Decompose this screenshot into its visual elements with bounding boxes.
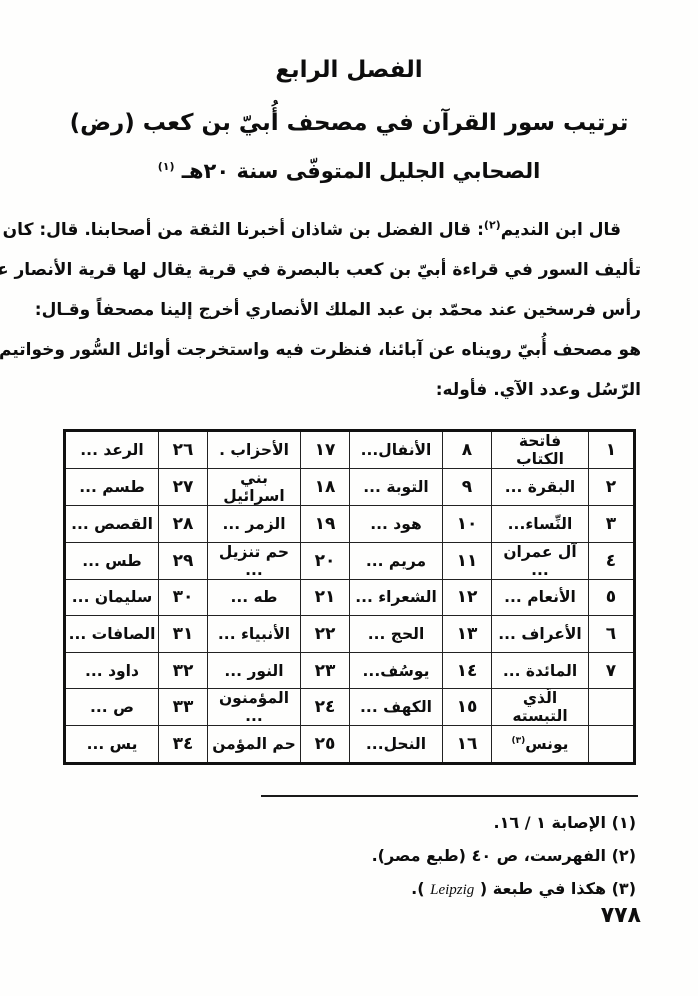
paragraph-line-1: قال ابن النديم(٢): قال الفضل بن شاذان أخ… [56, 210, 641, 250]
order-number-cell: ٣١ [159, 616, 208, 653]
table-row: ٥الأنعام ...١٢الشعراء ...٢١طه ...٣٠سليما… [65, 579, 635, 616]
surah-name-cell: القصص ... [65, 506, 159, 543]
table-row: ٤آل عمران ...١١مريم ...٢٠حم تنزيل ...٢٩ط… [65, 542, 635, 579]
order-number-cell: ١١ [443, 542, 492, 579]
order-number-cell: ٣٢ [159, 652, 208, 689]
surah-name-cell: المائدة ... [492, 652, 589, 689]
line1-text-pre: قال ابن النديم [501, 220, 621, 240]
table-row: ٢البقرة ...٩التوبة ...١٨بني اسرائيل٢٧طسم… [65, 469, 635, 506]
surah-name-cell: يوسُف... [350, 652, 443, 689]
surah-name-cell: ص ... [65, 689, 159, 726]
surah-name-cell: الأنعام ... [492, 579, 589, 616]
chapter-subtitle: ترتيب سور القرآن في مصحف أُبيّ بن كعب (ر… [0, 106, 698, 140]
footnote-line: (٣) هكذا في طبعة ( Leipzig ). [0, 872, 636, 907]
footnote-line: (٢) الفهرست، ص ٤٠ (طبع مصر). [0, 839, 636, 872]
order-number-cell: ٣٣ [159, 689, 208, 726]
surah-order-table: ١فاتحة الكتاب٨الأنفال...١٧الأحزاب .٢٦الر… [63, 429, 636, 765]
table-row: ١فاتحة الكتاب٨الأنفال...١٧الأحزاب .٢٦الر… [65, 431, 635, 469]
surah-name-cell: هود ... [350, 506, 443, 543]
surah-name-cell: الزمر ... [208, 506, 301, 543]
footnote-latin-word: Leipzig [430, 882, 474, 898]
surah-name-cell: المؤمنون ... [208, 689, 301, 726]
order-number-cell: ٤ [589, 542, 635, 579]
chapter-header: الفصل الرابع ترتيب سور القرآن في مصحف أُ… [0, 0, 698, 186]
surah-name-cell: سليمان ... [65, 579, 159, 616]
surah-name-cell: الشعراء ... [350, 579, 443, 616]
surah-name-cell: الأنبياء ... [208, 616, 301, 653]
footnote-line: (١) الإصابة ١ / ١٦. [0, 806, 636, 839]
surah-name-cell: التوبة ... [350, 469, 443, 506]
order-number-cell: ٢١ [301, 579, 350, 616]
chapter-title: الفصل الرابع [0, 54, 698, 86]
surah-name-cell: الأحزاب . [208, 431, 301, 469]
order-number-cell [589, 689, 635, 726]
order-number-cell: ٢٧ [159, 469, 208, 506]
order-number-cell: ٢٤ [301, 689, 350, 726]
table-row: يونس(٣)١٦النحل...٢٥حم المؤمن٣٤يس ... [65, 726, 635, 764]
surah-name-cell: البقرة ... [492, 469, 589, 506]
footnotes-block: (١) الإصابة ١ / ١٦.(٢) الفهرست، ص ٤٠ (طب… [0, 806, 636, 907]
order-number-cell: ١٦ [443, 726, 492, 764]
order-number-cell: ١٨ [301, 469, 350, 506]
order-number-cell: ١٩ [301, 506, 350, 543]
order-number-cell: ١٧ [301, 431, 350, 469]
order-number-cell: ٢٩ [159, 542, 208, 579]
surah-name-cell: طه ... [208, 579, 301, 616]
surah-name-cell: طسم ... [65, 469, 159, 506]
surah-name-cell: بني اسرائيل [208, 469, 301, 506]
order-number-cell: ٢٣ [301, 652, 350, 689]
paragraph-line-2: تأليف السور في قراءة أبيّ بن كعب بالبصرة… [56, 250, 641, 290]
paragraph-line-3: رأس فرسخين عند محمّد بن عبد الملك الأنصا… [56, 290, 641, 330]
order-number-cell: ٢ [589, 469, 635, 506]
order-number-cell: ١٣ [443, 616, 492, 653]
order-number-cell: ٣٤ [159, 726, 208, 764]
surah-name-cell: النِّساء... [492, 506, 589, 543]
surah-name-cell: الصافات ... [65, 616, 159, 653]
footnote-ref-3-marker: (٣) [511, 736, 525, 746]
subtitle-text: الصحابي الجليل المتوفّى سنة ٢٠هـ [174, 159, 540, 183]
order-number-cell: ٥ [589, 579, 635, 616]
table-row: ٦الأعراف ...١٣الحج ...٢٢الأنبياء ...٣١ال… [65, 616, 635, 653]
chapter-subtitle-line2: الصحابي الجليل المتوفّى سنة ٢٠هـ (١) [0, 156, 698, 186]
surah-name-cell: آل عمران ... [492, 542, 589, 579]
order-number-cell: ٧ [589, 652, 635, 689]
book-page: الفصل الرابع ترتيب سور القرآن في مصحف أُ… [0, 0, 698, 996]
order-number-cell: ٩ [443, 469, 492, 506]
table-row: ٣النِّساء...١٠هود ...١٩الزمر ...٢٨القصص … [65, 506, 635, 543]
paragraph-line-4: هو مصحف أُبيّ رويناه عن آبائنا، فنظرت في… [56, 330, 641, 370]
surah-name-cell: حم المؤمن [208, 726, 301, 764]
line1-text-post: : قال الفضل بن شاذان أخبرنا الثقة من أصح… [3, 220, 484, 240]
order-number-cell: ١٤ [443, 652, 492, 689]
order-number-cell: ٨ [443, 431, 492, 469]
order-number-cell: ٢٢ [301, 616, 350, 653]
order-number-cell: ٢٠ [301, 542, 350, 579]
order-number-cell: ٣٠ [159, 579, 208, 616]
table-row: الَّذي التبسته١٥الكهف ...٢٤المؤمنون ...٣… [65, 689, 635, 726]
surah-name-cell: النحل... [350, 726, 443, 764]
order-number-cell: ٦ [589, 616, 635, 653]
page-number: ٧٧٨ [601, 903, 641, 928]
footnote-separator [261, 795, 638, 797]
surah-name-cell: فاتحة الكتاب [492, 431, 589, 469]
intro-paragraph: قال ابن النديم(٢): قال الفضل بن شاذان أخ… [56, 210, 641, 410]
order-number-cell: ٢٥ [301, 726, 350, 764]
surah-name-cell: الكهف ... [350, 689, 443, 726]
surah-name-cell: الحج ... [350, 616, 443, 653]
paragraph-line-5: الرّسُل وعدد الآي. فأوله: [56, 370, 641, 410]
surah-name-cell: حم تنزيل ... [208, 542, 301, 579]
surah-name-cell: يس ... [65, 726, 159, 764]
surah-name-cell: الَّذي التبسته [492, 689, 589, 726]
surah-name-cell: الأعراف ... [492, 616, 589, 653]
footnote-ref-2-marker: (٢) [484, 218, 501, 231]
order-number-cell: ٢٨ [159, 506, 208, 543]
surah-name-cell: يونس(٣) [492, 726, 589, 764]
surah-name-cell: الرعد ... [65, 431, 159, 469]
order-number-cell [589, 726, 635, 764]
order-number-cell: ١٠ [443, 506, 492, 543]
footnote-ref-1-marker: (١) [158, 160, 175, 173]
table-row: ٧المائدة ...١٤يوسُف...٢٣النور ...٣٢داود … [65, 652, 635, 689]
order-number-cell: ٣ [589, 506, 635, 543]
surah-name-cell: الأنفال... [350, 431, 443, 469]
surah-name-cell: طس ... [65, 542, 159, 579]
order-number-cell: ١ [589, 431, 635, 469]
surah-name-cell: مريم ... [350, 542, 443, 579]
order-number-cell: ١٢ [443, 579, 492, 616]
surah-name-cell: النور ... [208, 652, 301, 689]
surah-name-cell: داود ... [65, 652, 159, 689]
order-number-cell: ١٥ [443, 689, 492, 726]
order-number-cell: ٢٦ [159, 431, 208, 469]
